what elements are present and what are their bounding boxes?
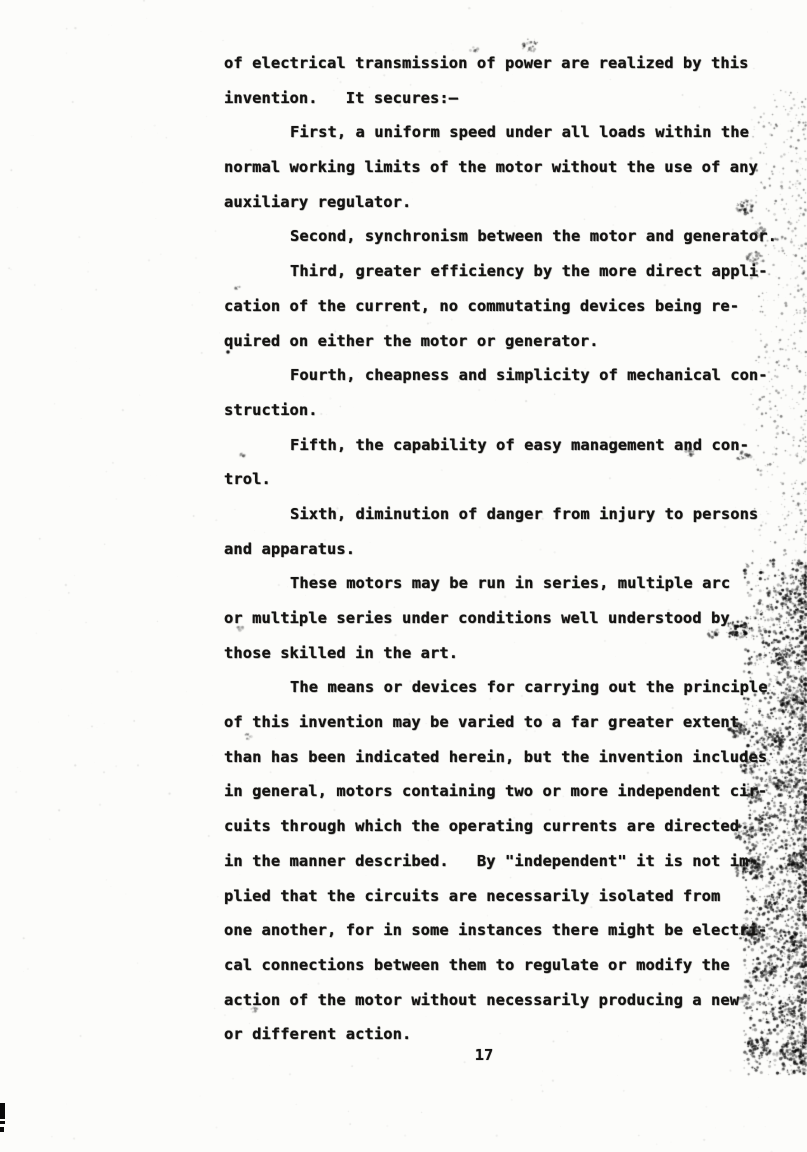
text-line: normal working limits of the motor witho… bbox=[224, 150, 784, 185]
text-line: in the manner described. By "independent… bbox=[224, 844, 784, 879]
text-line: Fifth, the capability of easy management… bbox=[224, 428, 784, 463]
text-line: or multiple series under conditions well… bbox=[224, 601, 784, 636]
text-line: and apparatus. bbox=[224, 532, 784, 567]
scan-artifact-left-edge bbox=[0, 1103, 5, 1119]
text-line: cation of the current, no commutating de… bbox=[224, 289, 784, 324]
text-line: cal connections between them to regulate… bbox=[224, 948, 784, 983]
text-line: one another, for in some instances there… bbox=[224, 913, 784, 948]
text-line: quired on either the motor or generator. bbox=[224, 324, 784, 359]
text-line: Sixth, diminution of danger from injury … bbox=[224, 497, 784, 532]
text-line: in general, motors containing two or mor… bbox=[224, 774, 784, 809]
text-line: action of the motor without necessarily … bbox=[224, 983, 784, 1018]
text-line: auxiliary regulator. bbox=[224, 185, 784, 220]
text-line: trol. bbox=[224, 462, 784, 497]
text-line: invention. It secures:— bbox=[224, 81, 784, 116]
scanned-page: of electrical transmission of power are … bbox=[0, 0, 807, 1152]
scan-artifact-left-edge bbox=[0, 1121, 5, 1124]
text-line: First, a uniform speed under all loads w… bbox=[224, 115, 784, 150]
text-line: of electrical transmission of power are … bbox=[224, 46, 784, 81]
text-line: These motors may be run in series, multi… bbox=[224, 566, 784, 601]
text-line: The means or devices for carrying out th… bbox=[224, 670, 784, 705]
text-line: than has been indicated herein, but the … bbox=[224, 740, 784, 775]
text-line: plied that the circuits are necessarily … bbox=[224, 879, 784, 914]
typewritten-text: of electrical transmission of power are … bbox=[224, 46, 784, 1052]
scan-artifact-left-edge bbox=[0, 1127, 4, 1132]
text-line: of this invention may be varied to a far… bbox=[224, 705, 784, 740]
text-line: Fourth, cheapness and simplicity of mech… bbox=[224, 358, 784, 393]
text-line: Third, greater efficiency by the more di… bbox=[224, 254, 784, 289]
text-line: those skilled in the art. bbox=[224, 636, 784, 671]
text-line: struction. bbox=[224, 393, 784, 428]
page-number: 17 bbox=[224, 1046, 744, 1064]
text-line: Second, synchronism between the motor an… bbox=[224, 219, 784, 254]
text-line: cuits through which the operating curren… bbox=[224, 809, 784, 844]
